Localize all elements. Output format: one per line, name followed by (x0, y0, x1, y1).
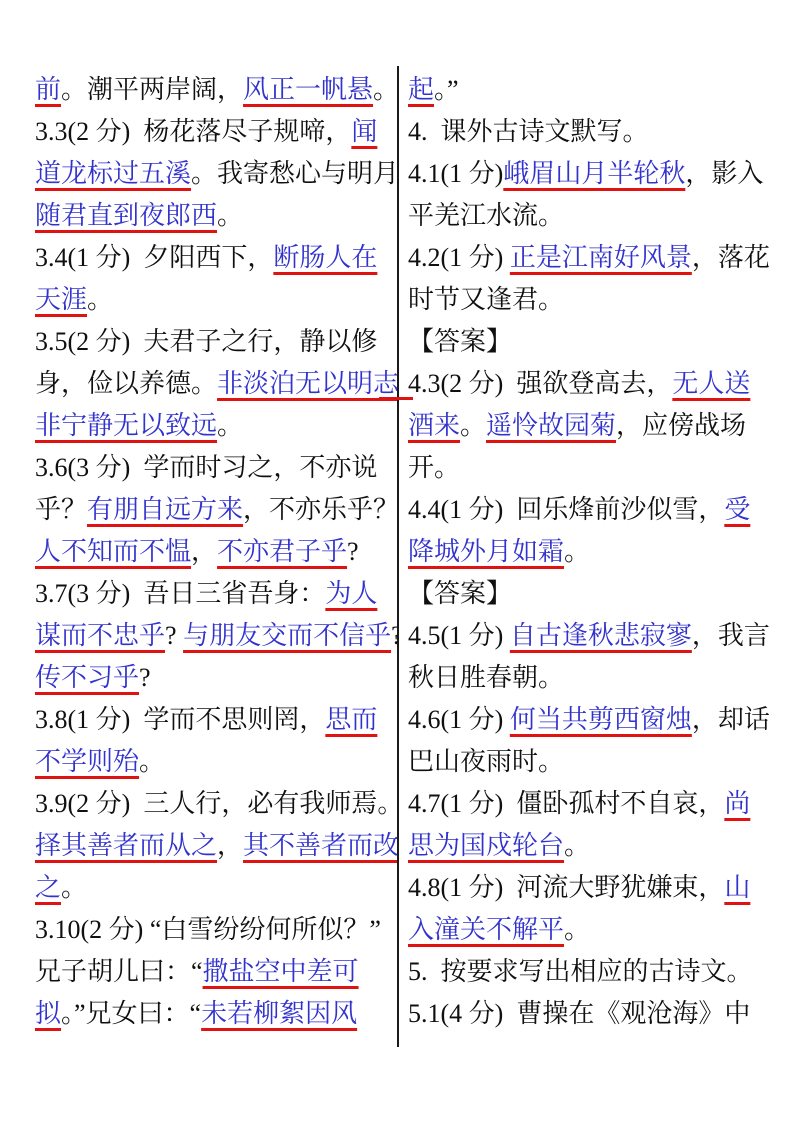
question-text: ? (347, 537, 359, 566)
text-line: 前。潮平两岸阔，风正一帆悬。 (35, 69, 398, 111)
question-text: 。”兄女曰：“ (61, 999, 201, 1028)
answer-blank-text: 闻 (351, 117, 377, 146)
stray-underline-artifact (379, 397, 413, 400)
text-line: 3.3(2 分) 杨花落尽子规啼，闻 (35, 111, 398, 153)
answer-blank-text: 其不善者而改 (243, 831, 398, 860)
answer-blank-text: 之 (35, 873, 61, 902)
answer-blank-text: 遥怜故园菊 (486, 411, 616, 440)
text-line: 3.6(3 分) 学而时习之，不亦说 (35, 447, 398, 489)
document-page: 前。潮平两岸阔，风正一帆悬。3.3(2 分) 杨花落尽子规啼，闻道龙标过五溪。我… (0, 0, 793, 1122)
answer-blank-text: 断肠人在 (273, 243, 377, 272)
text-line: 拟。”兄女曰：“未若柳絮因风 (35, 993, 398, 1035)
answer-blank-text: 山 (724, 873, 750, 902)
answer-blank-text: 未若柳絮因风 (201, 999, 357, 1028)
answer-blank-text: 峨眉山月半轮秋 (503, 159, 685, 188)
text-line: 开。 (408, 447, 783, 489)
answer-blank-text: 自古逢秋悲寂寥 (510, 621, 692, 650)
question-text: 。” (434, 75, 459, 104)
column-divider (397, 66, 399, 1047)
question-text: 3.10(2 分) “白雪纷纷何所似？” (35, 915, 381, 944)
text-line: 4.3(2 分) 强欲登高去，无人送 (408, 363, 783, 405)
question-text: ，落花 (692, 243, 770, 272)
text-line: 3.8(1 分) 学而不思则罔，思而 (35, 699, 398, 741)
question-text: 。 (564, 537, 590, 566)
question-text: 3.3(2 分) 杨花落尽子规啼， (35, 117, 351, 146)
text-line: 4.4(1 分) 回乐烽前沙似雪，受 (408, 489, 783, 531)
answer-blank-text: 拟 (35, 999, 61, 1028)
answer-blank-text: 正是江南好风景 (510, 243, 692, 272)
text-line: 5.1(4 分) 曹操在《观沧海》中 (408, 993, 783, 1035)
question-text: 秋日胜春朝。 (408, 663, 564, 692)
text-line: 3.9(2 分) 三人行，必有我师焉。 (35, 783, 398, 825)
answer-blank-text: 降城外月如霜 (408, 537, 564, 566)
question-text: 4. 课外古诗文默写。 (408, 117, 649, 146)
question-text: 身，俭以养德。 (35, 369, 217, 398)
text-line: 4.1(1 分)峨眉山月半轮秋，影入 (408, 153, 783, 195)
question-text: 乎？ (35, 495, 87, 524)
text-line: 兄子胡儿曰：“撒盐空中差可 (35, 951, 398, 993)
question-text: 4.5(1 分) (408, 621, 510, 650)
question-text: 巴山夜雨时。 (408, 747, 564, 776)
answer-blank-text: 随君直到夜郎西 (35, 201, 217, 230)
answer-blank-text: 无人送 (672, 369, 750, 398)
question-text: ，我言 (692, 621, 770, 650)
question-text: ，影入 (685, 159, 763, 188)
text-line: 之。 (35, 867, 398, 909)
text-line: 身，俭以养德。非淡泊无以明志； (35, 363, 398, 405)
answer-blank-text: 非宁静无以致远 (35, 411, 217, 440)
question-text: ， (191, 537, 217, 566)
text-line: 巴山夜雨时。 (408, 741, 783, 783)
question-text: 4.2(1 分) (408, 243, 510, 272)
text-line: 时节又逢君。 (408, 279, 783, 321)
text-line: 4.2(1 分) 正是江南好风景，落花 (408, 237, 783, 279)
text-line: 传不习乎? (35, 657, 398, 699)
question-text: 4.7(1 分) 僵卧孤村不自哀， (408, 789, 724, 818)
question-text: 4.1(1 分) (408, 159, 503, 188)
question-text: 平羌江水流。 (408, 201, 564, 230)
text-line: 不学则殆。 (35, 741, 398, 783)
text-line: 道龙标过五溪。我寄愁心与明月， (35, 153, 398, 195)
answer-blank-text: 择其善者而从之 (35, 831, 217, 860)
text-line: 4.5(1 分) 自古逢秋悲寂寥，我言 (408, 615, 783, 657)
text-line: 择其善者而从之，其不善者而改 (35, 825, 398, 867)
text-line: 秋日胜春朝。 (408, 657, 783, 699)
question-text: ? (165, 621, 183, 650)
question-text: 4.8(1 分) 河流大野犹嫌束， (408, 873, 724, 902)
question-text: 。潮平两岸阔， (61, 75, 243, 104)
text-line: 非宁静无以致远。 (35, 405, 398, 447)
answer-blank-text: 撒盐空中差可 (203, 957, 359, 986)
question-text: 5.1(4 分) 曹操在《观沧海》中 (408, 999, 750, 1028)
answer-blank-text: 人不知而不愠 (35, 537, 191, 566)
text-column-right: 起。”4. 课外古诗文默写。4.1(1 分)峨眉山月半轮秋，影入平羌江水流。4.… (408, 69, 783, 1035)
text-line: 【答案】 (408, 321, 783, 363)
question-text: 4.4(1 分) 回乐烽前沙似雪， (408, 495, 724, 524)
question-text: ，不亦乐乎？ (243, 495, 398, 524)
question-text: 。 (564, 915, 590, 944)
answer-blank-text: 道龙标过五溪 (35, 159, 191, 188)
answer-blank-text: 有朋自远方来 (87, 495, 243, 524)
question-text: 3.4(1 分) 夕阳西下， (35, 243, 273, 272)
answer-blank-text: 风正一帆悬 (243, 75, 373, 104)
question-text: 4.3(2 分) 强欲登高去， (408, 369, 672, 398)
text-line: 4.6(1 分) 何当共剪西窗烛，却话 (408, 699, 783, 741)
answer-blank-text: 不学则殆 (35, 747, 139, 776)
question-text: 。 (373, 75, 398, 104)
text-line: 4. 课外古诗文默写。 (408, 111, 783, 153)
answer-blank-text: 前 (35, 75, 61, 104)
question-text: 3.8(1 分) 学而不思则罔， (35, 705, 325, 734)
question-text: 。 (87, 285, 113, 314)
question-text: ， (217, 831, 243, 860)
text-line: 谋而不忠乎? 与朋友交而不信乎? (35, 615, 398, 657)
question-text: 【答案】 (408, 327, 512, 356)
text-line: 3.10(2 分) “白雪纷纷何所似？” (35, 909, 398, 951)
text-line: 人不知而不愠，不亦君子乎? (35, 531, 398, 573)
question-text: 。我寄愁心与明月， (191, 159, 398, 188)
answer-blank-text: 非淡泊无以明志； (217, 369, 398, 398)
text-line: 思为国戍轮台。 (408, 825, 783, 867)
text-line: 3.4(1 分) 夕阳西下，断肠人在 (35, 237, 398, 279)
question-text: ，应傍战场 (616, 411, 746, 440)
text-line: 平羌江水流。 (408, 195, 783, 237)
question-text: 时节又逢君。 (408, 285, 564, 314)
question-text: 开。 (408, 453, 460, 482)
question-text: 。 (139, 747, 165, 776)
text-line: 入潼关不解平。 (408, 909, 783, 951)
answer-blank-text: 受 (724, 495, 750, 524)
answer-blank-text: 不亦君子乎 (217, 537, 347, 566)
text-line: 天涯。 (35, 279, 398, 321)
question-text: 【答案】 (408, 579, 512, 608)
text-line: 酒来。遥怜故园菊，应傍战场 (408, 405, 783, 447)
text-line: 随君直到夜郎西。 (35, 195, 398, 237)
text-line: 起。” (408, 69, 783, 111)
answer-blank-text: 天涯 (35, 285, 87, 314)
question-text: 3.6(3 分) 学而时习之，不亦说 (35, 453, 377, 482)
question-text: 。 (61, 873, 87, 902)
question-text: 3.7(3 分) 吾日三省吾身： (35, 579, 325, 608)
question-text: ? (139, 663, 151, 692)
question-text: 5. 按要求写出相应的古诗文。 (408, 957, 753, 986)
answer-blank-text: 谋而不忠乎 (35, 621, 165, 650)
question-text: 3.9(2 分) 三人行，必有我师焉。 (35, 789, 398, 818)
text-line: 4.8(1 分) 河流大野犹嫌束，山 (408, 867, 783, 909)
text-line: 【答案】 (408, 573, 783, 615)
answer-blank-text: 与朋友交而不信乎 (183, 621, 391, 650)
question-text: 3.5(2 分) 夫君子之行，静以修 (35, 327, 377, 356)
question-text: ，却话 (692, 705, 770, 734)
text-line: 3.7(3 分) 吾日三省吾身：为人 (35, 573, 398, 615)
answer-blank-text: 尚 (724, 789, 750, 818)
text-line: 5. 按要求写出相应的古诗文。 (408, 951, 783, 993)
answer-blank-text: 传不习乎 (35, 663, 139, 692)
question-text: 。 (217, 411, 243, 440)
text-line: 乎？有朋自远方来，不亦乐乎？ (35, 489, 398, 531)
question-text: 兄子胡儿曰：“ (35, 957, 203, 986)
text-column-left: 前。潮平两岸阔，风正一帆悬。3.3(2 分) 杨花落尽子规啼，闻道龙标过五溪。我… (35, 69, 398, 1035)
text-line: 3.5(2 分) 夫君子之行，静以修 (35, 321, 398, 363)
answer-blank-text: 思为国戍轮台 (408, 831, 564, 860)
question-text: 。 (217, 201, 243, 230)
question-text: 。 (460, 411, 486, 440)
question-text: 。 (564, 831, 590, 860)
text-line: 4.7(1 分) 僵卧孤村不自哀，尚 (408, 783, 783, 825)
question-text: 4.6(1 分) (408, 705, 510, 734)
text-line: 降城外月如霜。 (408, 531, 783, 573)
answer-blank-text: 入潼关不解平 (408, 915, 564, 944)
answer-blank-text: 为人 (325, 579, 377, 608)
answer-blank-text: 何当共剪西窗烛 (510, 705, 692, 734)
answer-blank-text: 起 (408, 75, 434, 104)
answer-blank-text: 思而 (325, 705, 377, 734)
answer-blank-text: 酒来 (408, 411, 460, 440)
